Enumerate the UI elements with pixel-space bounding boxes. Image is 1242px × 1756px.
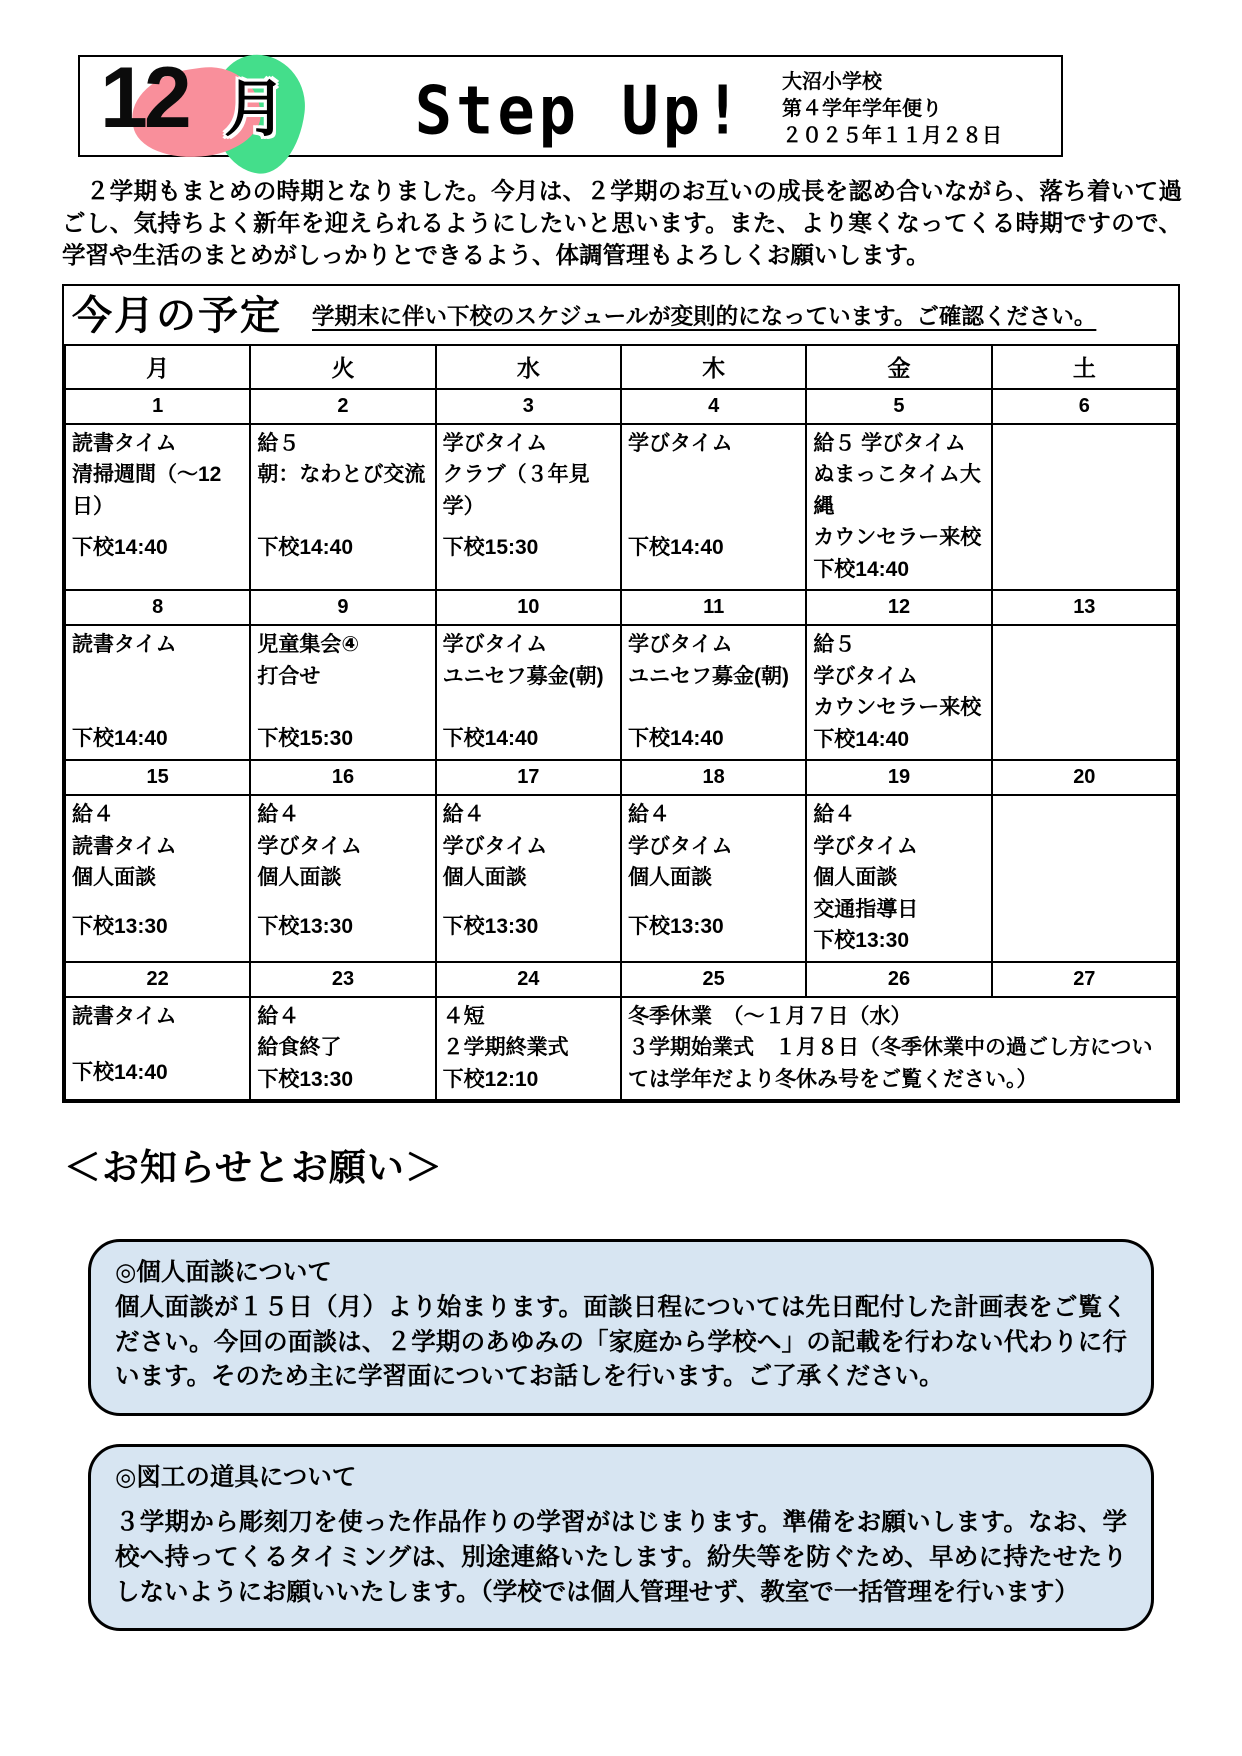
date-cell: 3 <box>436 389 621 424</box>
events-text: 給４ 読書タイム 個人面談 <box>72 799 243 911</box>
events-text: 学びタイム ユニセフ募金(朝) <box>628 629 799 723</box>
date-row: 151617181920 <box>65 760 1177 795</box>
events-text: 給４ 給食終了 <box>257 1001 428 1064</box>
issue-date: ２０２５年１１月２８日 <box>782 123 1002 150</box>
event-cell: 給４ 学びタイム 個人面談 交通指導日下校13:30 <box>806 795 991 962</box>
dismissal-time: 下校14:40 <box>813 724 984 756</box>
dismissal-time: 下校12:10 <box>443 1064 614 1096</box>
notice-box-interviews: ◎個人面談について 個人面談が１５日（月）より始まります。面談日程については先日… <box>88 1239 1154 1416</box>
dismissal-time: 下校13:30 <box>813 925 984 957</box>
date-cell: 2 <box>250 389 435 424</box>
schedule-heading: 今月の予定 <box>72 294 282 338</box>
event-cell: 学びタイム ユニセフ募金(朝)下校14:40 <box>621 625 806 760</box>
intro-paragraph: ２学期もまとめの時期となりました。今月は、２学期のお互いの成長を認め合いながら、… <box>62 175 1182 272</box>
dismissal-time: 下校13:30 <box>257 911 428 943</box>
school-name: 大沼小学校 <box>782 69 1002 96</box>
day-header-cell: 水 <box>436 345 621 389</box>
schedule-notice: 学期末に伴い下校のスケジュールが変則的になっています。ご確認ください。 <box>312 299 1096 331</box>
events-text: 給４ 学びタイム 個人面談 <box>443 799 614 911</box>
dismissal-time: 下校13:30 <box>443 911 614 943</box>
schedule-head: 今月の予定 学期末に伴い下校のスケジュールが変則的になっています。ご確認ください… <box>64 286 1178 344</box>
dismissal-time: 下校13:30 <box>628 911 799 943</box>
dismissal-time: 下校14:40 <box>628 723 799 755</box>
event-row: 読書タイム下校14:40給４ 給食終了下校13:30４短 ２学期終業式下校12:… <box>65 997 1177 1101</box>
event-cell: 給５ 学びタイム カウンセラー来校下校14:40 <box>806 625 991 760</box>
date-row: 222324252627 <box>65 962 1177 997</box>
day-header-cell: 土 <box>992 345 1177 389</box>
dismissal-time: 下校13:30 <box>257 1064 428 1096</box>
events-text: 給５ 学びタイム カウンセラー来校 <box>813 629 984 724</box>
day-header-cell: 火 <box>250 345 435 389</box>
notice-title: ◎個人面談について <box>115 1256 1127 1291</box>
events-text: 読書タイム 清掃週間（～12日） <box>72 428 243 532</box>
event-cell: 読書タイム下校14:40 <box>65 625 250 760</box>
dismissal-time: 下校14:40 <box>72 1057 243 1089</box>
event-cell: 給４ 学びタイム 個人面談下校13:30 <box>436 795 621 962</box>
events-text: 学びタイム クラブ（３年見学） <box>443 428 614 532</box>
event-cell: 読書タイム 清掃週間（～12日）下校14:40 <box>65 424 250 591</box>
events-text: 児童集会④ 打合せ <box>257 629 428 723</box>
event-cell: 学びタイム ユニセフ募金(朝)下校14:40 <box>436 625 621 760</box>
event-cell: 給４ 読書タイム 個人面談下校13:30 <box>65 795 250 962</box>
date-cell: 9 <box>250 590 435 625</box>
date-cell: 18 <box>621 760 806 795</box>
dismissal-time: 下校14:40 <box>257 532 428 564</box>
events-text: 給４ 学びタイム 個人面談 <box>628 799 799 911</box>
date-cell: 20 <box>992 760 1177 795</box>
school-info: 大沼小学校 第４学年学年便り ２０２５年１１月２８日 <box>782 69 1002 150</box>
event-cell <box>992 795 1177 962</box>
event-cell: ４短 ２学期終業式下校12:10 <box>436 997 621 1101</box>
date-cell: 24 <box>436 962 621 997</box>
events-text <box>999 428 1170 532</box>
events-text: 学びタイム <box>628 428 799 532</box>
date-cell: 12 <box>806 590 991 625</box>
date-cell: 6 <box>992 389 1177 424</box>
dismissal-time: 下校14:40 <box>72 532 243 564</box>
events-text <box>999 629 1170 723</box>
date-cell: 13 <box>992 590 1177 625</box>
newsletter-page: 12 月 Step Up! 大沼小学校 第４学年学年便り ２０２５年１１月２８日… <box>0 0 1242 1756</box>
event-cell: 学びタイム クラブ（３年見学）下校15:30 <box>436 424 621 591</box>
dismissal-time: 下校15:30 <box>443 532 614 564</box>
dismissal-time: 下校13:30 <box>72 911 243 943</box>
event-cell: 読書タイム下校14:40 <box>65 997 250 1101</box>
event-cell <box>992 424 1177 591</box>
event-row: 読書タイム 清掃週間（～12日）下校14:40給５ 朝：なわとび交流下校14:4… <box>65 424 1177 591</box>
events-text: 給５ 朝：なわとび交流 <box>257 428 428 532</box>
notice-body: ３学期から彫刻刀を使った作品作りの学習がはじまります。準備をお願いします。なお、… <box>115 1506 1127 1610</box>
dismissal-time: 下校14:40 <box>443 723 614 755</box>
event-cell: 学びタイム下校14:40 <box>621 424 806 591</box>
dismissal-time: 下校14:40 <box>628 532 799 564</box>
date-cell: 1 <box>65 389 250 424</box>
month-logo: 12 月 <box>94 53 324 175</box>
day-header-cell: 金 <box>806 345 991 389</box>
date-cell: 27 <box>992 962 1177 997</box>
date-cell: 22 <box>65 962 250 997</box>
event-cell: 給４ 給食終了下校13:30 <box>250 997 435 1101</box>
day-header-row: 月火水木金土 <box>65 345 1177 389</box>
date-cell: 19 <box>806 760 991 795</box>
date-row: 8910111213 <box>65 590 1177 625</box>
notice-title: ◎図工の道具について <box>115 1461 1127 1496</box>
events-text: 冬季休業 （～１月７日（水） ３学期始業式 １月８日（冬季休業中の過ごし方につい… <box>628 1001 1170 1096</box>
events-text <box>999 799 1170 911</box>
date-row: 123456 <box>65 389 1177 424</box>
date-cell: 16 <box>250 760 435 795</box>
events-text: ４短 ２学期終業式 <box>443 1001 614 1064</box>
day-header-cell: 木 <box>621 345 806 389</box>
date-cell: 26 <box>806 962 991 997</box>
schedule-table: 月火水木金土123456読書タイム 清掃週間（～12日）下校14:40給５ 朝：… <box>64 344 1178 1102</box>
events-text: 読書タイム <box>72 629 243 723</box>
newsletter-name: 第４学年学年便り <box>782 96 1002 123</box>
dismissal-time: 下校14:40 <box>72 723 243 755</box>
notices-heading: ＜お知らせとお願い＞ <box>64 1137 1242 1191</box>
event-cell: 給４ 学びタイム 個人面談下校13:30 <box>621 795 806 962</box>
date-cell: 23 <box>250 962 435 997</box>
events-text: 給４ 学びタイム 個人面談 交通指導日 <box>813 799 984 925</box>
month-kanji: 月 <box>224 79 286 141</box>
events-text: 読書タイム <box>72 1001 243 1057</box>
date-cell: 17 <box>436 760 621 795</box>
schedule-section: 今月の予定 学期末に伴い下校のスケジュールが変則的になっています。ご確認ください… <box>62 284 1180 1104</box>
event-cell: 冬季休業 （～１月７日（水） ３学期始業式 １月８日（冬季休業中の過ごし方につい… <box>621 997 1177 1101</box>
date-cell: 10 <box>436 590 621 625</box>
event-cell: 給５ 学びタイム ぬまっこタイム大縄 カウンセラー来校下校14:40 <box>806 424 991 591</box>
event-row: 読書タイム下校14:40児童集会④ 打合せ下校15:30学びタイム ユニセフ募金… <box>65 625 1177 760</box>
date-cell: 4 <box>621 389 806 424</box>
event-cell <box>992 625 1177 760</box>
notice-box-art-tools: ◎図工の道具について ３学期から彫刻刀を使った作品作りの学習がはじまります。準備… <box>88 1444 1154 1631</box>
newsletter-title: Step Up! <box>380 71 780 150</box>
header-box: 12 月 Step Up! 大沼小学校 第４学年学年便り ２０２５年１１月２８日 <box>78 55 1063 157</box>
month-number: 12 <box>100 55 188 141</box>
event-row: 給４ 読書タイム 個人面談下校13:30給４ 学びタイム 個人面談下校13:30… <box>65 795 1177 962</box>
date-cell: 5 <box>806 389 991 424</box>
event-cell: 給４ 学びタイム 個人面談下校13:30 <box>250 795 435 962</box>
notice-body: 個人面談が１５日（月）より始まります。面談日程については先日配付した計画表をご覧… <box>115 1291 1127 1395</box>
events-text: 学びタイム ユニセフ募金(朝) <box>443 629 614 723</box>
date-cell: 15 <box>65 760 250 795</box>
event-cell: 児童集会④ 打合せ下校15:30 <box>250 625 435 760</box>
day-header-cell: 月 <box>65 345 250 389</box>
date-cell: 25 <box>621 962 806 997</box>
event-cell: 給５ 朝：なわとび交流下校14:40 <box>250 424 435 591</box>
dismissal-time: 下校15:30 <box>257 723 428 755</box>
dismissal-time: 下校14:40 <box>813 554 984 586</box>
events-text: 給５ 学びタイム ぬまっこタイム大縄 カウンセラー来校 <box>813 428 984 554</box>
events-text: 給４ 学びタイム 個人面談 <box>257 799 428 911</box>
date-cell: 8 <box>65 590 250 625</box>
date-cell: 11 <box>621 590 806 625</box>
